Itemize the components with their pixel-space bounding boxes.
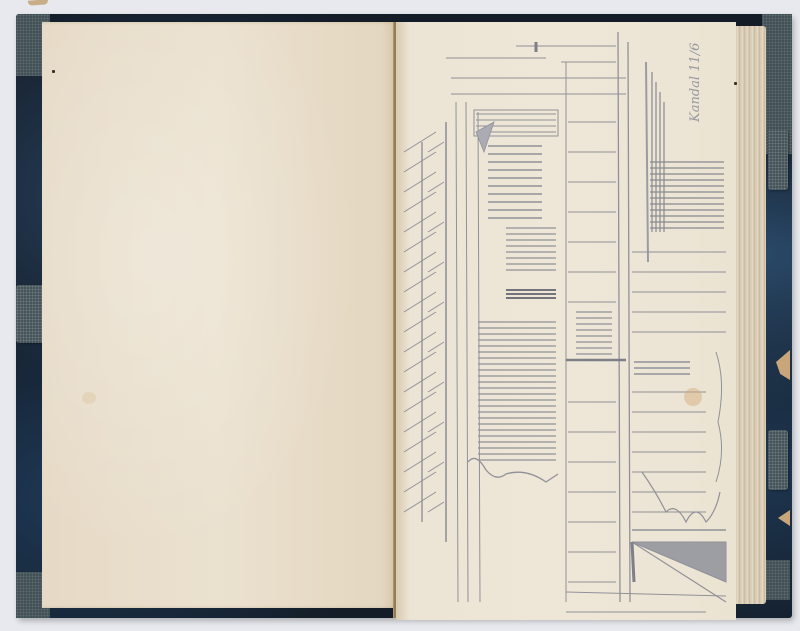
paper-speck bbox=[52, 70, 55, 73]
paper-scrap bbox=[28, 0, 48, 6]
hatching-left bbox=[404, 122, 446, 542]
foxing-spot bbox=[82, 392, 96, 404]
leather-corner-bottom-right bbox=[762, 560, 790, 600]
handwritten-inscription: Kandal 11/6 bbox=[688, 43, 703, 122]
clasp-tab-right-top bbox=[768, 130, 788, 190]
pencil-sketch bbox=[396, 22, 736, 620]
foxing-spot bbox=[684, 388, 702, 406]
paper-speck bbox=[734, 82, 737, 85]
left-page-blank bbox=[42, 22, 396, 608]
clasp-tab-right-bottom bbox=[768, 430, 788, 490]
page-block-edge bbox=[736, 26, 766, 604]
